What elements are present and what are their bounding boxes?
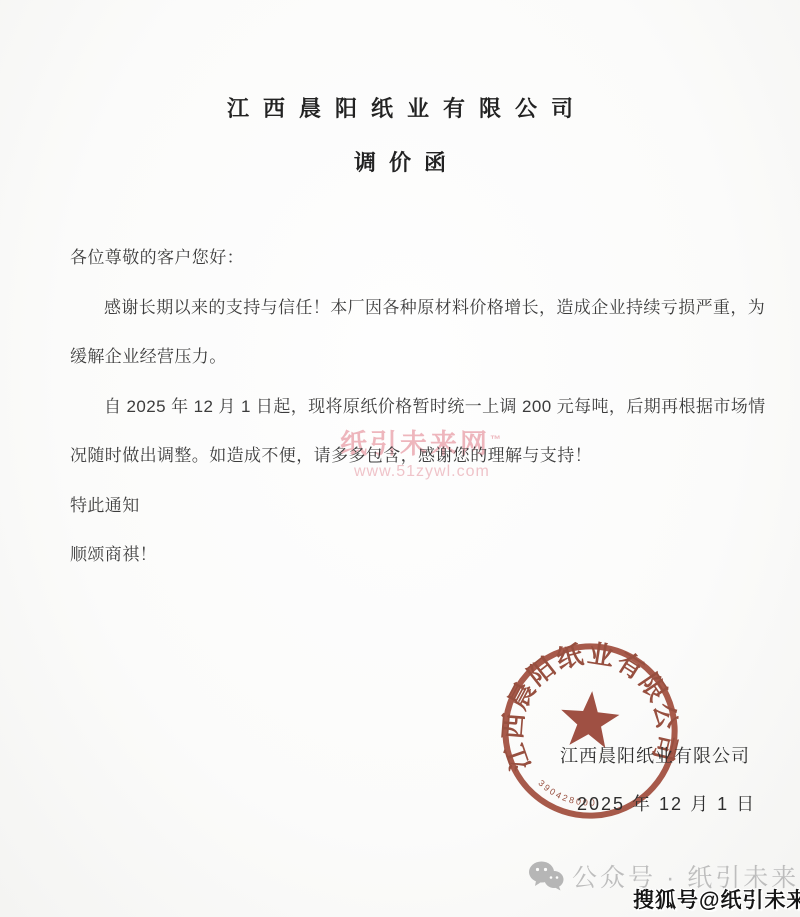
- closing-wish: 顺颂商祺！: [70, 530, 740, 580]
- sohu-account-watermark: 搜狐号@纸引未来网: [633, 884, 800, 914]
- body-line: 自 2025 年 12 月 1 日起，现将原纸价格暂时统一上调 200 元每吨，…: [70, 382, 740, 432]
- letter-date: 2025 年 12 月 1 日: [577, 790, 756, 816]
- letter-body: 各位尊敬的客户您好： 感谢长期以来的支持与信任！本厂因各种原材料价格增长，造成企…: [70, 233, 740, 580]
- company-title: 江西晨阳纸业有限公司: [0, 92, 800, 123]
- letter-page: 江西晨阳纸业有限公司 调价函 各位尊敬的客户您好： 感谢长期以来的支持与信任！本…: [0, 0, 800, 917]
- wechat-icon: [528, 860, 564, 892]
- signature-company-name: 江西晨阳纸业有限公司: [560, 742, 750, 768]
- body-line: 况随时做出调整。如造成不便，请多多包含，感谢您的理解与支持！: [70, 431, 740, 481]
- body-line: 感谢长期以来的支持与信任！本厂因各种原材料价格增长，造成企业持续亏损严重，为: [70, 283, 740, 333]
- body-line: 缓解企业经营压力。: [70, 332, 740, 382]
- greeting-line: 各位尊敬的客户您好：: [70, 233, 740, 283]
- closing-notice: 特此通知: [70, 481, 740, 531]
- letter-subtitle: 调价函: [0, 146, 800, 177]
